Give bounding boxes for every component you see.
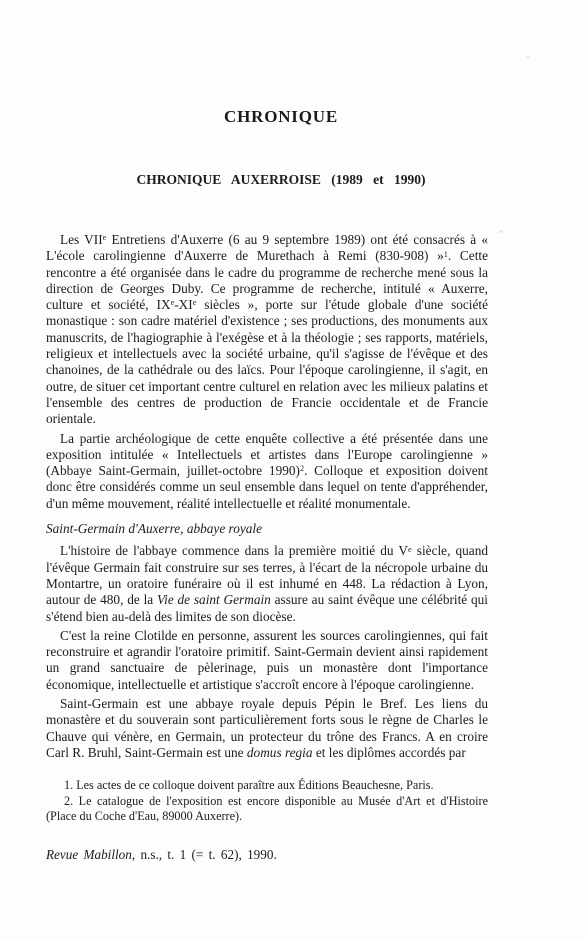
footnote-2: 2. Le catalogue de l'exposition est enco…	[46, 794, 488, 825]
paragraph-1: Les VIIe Entretiens d'Auxerre (6 au 9 se…	[46, 232, 488, 428]
page-title: CHRONIQUE	[60, 108, 502, 126]
scan-speck	[526, 56, 530, 59]
footnote-1: 1. Les actes de ce colloque doivent para…	[46, 778, 488, 794]
chronicle-subtitle: CHRONIQUE AUXERROISE (1989 et 1990)	[60, 172, 502, 187]
paragraph-4: C'est la reine Clotilde en personne, ass…	[46, 628, 488, 693]
page-header: CHRONIQUE CHRONIQUE AUXERROISE (1989 et …	[60, 108, 502, 187]
journal-page: CHRONIQUE CHRONIQUE AUXERROISE (1989 et …	[0, 0, 585, 940]
paragraph-3: L'histoire de l'abbaye commence dans la …	[46, 543, 488, 624]
section-heading: Saint-Germain d'Auxerre, abbaye royale	[46, 521, 488, 537]
scan-speck	[499, 230, 503, 233]
paragraph-2: La partie archéologique de cette enquête…	[46, 431, 488, 512]
journal-footer: Revue Mabillon, n.s., t. 1 (= t. 62), 19…	[46, 847, 488, 863]
article-body: Les VIIe Entretiens d'Auxerre (6 au 9 se…	[46, 232, 488, 761]
footnotes-block: 1. Les actes de ce colloque doivent para…	[46, 778, 488, 825]
text-column: CHRONIQUE CHRONIQUE AUXERROISE (1989 et …	[46, 0, 488, 876]
paragraph-5: Saint-Germain est une abbaye royale depu…	[46, 696, 488, 761]
